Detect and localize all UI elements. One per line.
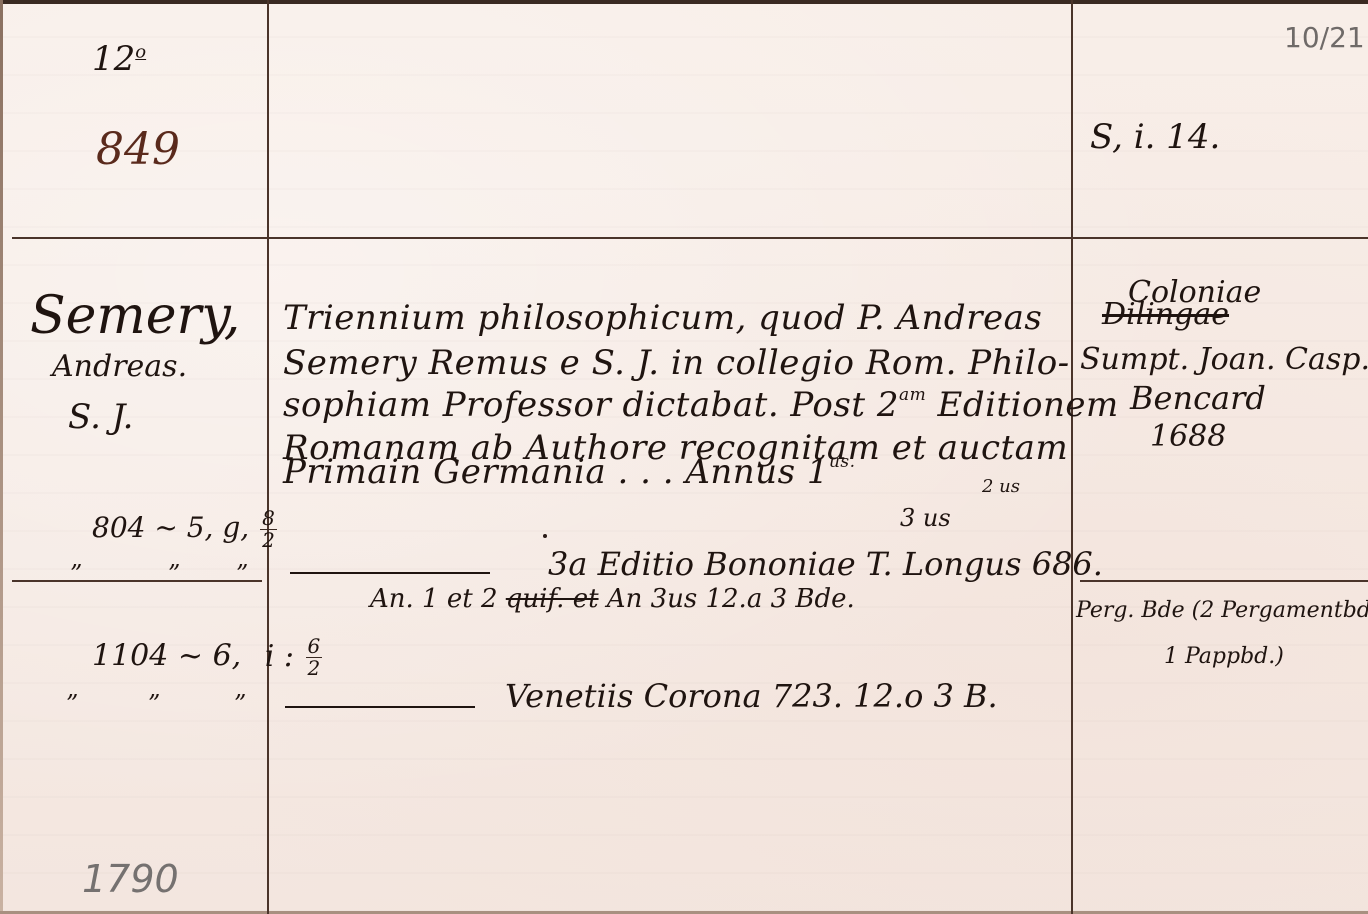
ditto-mark: ”	[70, 560, 82, 588]
edition-third-note: An. 1 et 2 quif. et An 3us 12.a 3 Bde.	[370, 586, 855, 612]
imprint-publisher-prefix: Sumpt. Joan. Casp.	[1080, 345, 1368, 375]
author-order: S. J.	[68, 400, 134, 434]
author-surname: Semery,	[30, 290, 240, 342]
volume-note-second: 2 us	[982, 478, 1020, 496]
ditto-mark: ”	[148, 690, 160, 718]
edition-third: 3a Editio Bononiae T. Longus 686.	[548, 548, 1103, 580]
copy-location: ~ 6,	[178, 639, 241, 674]
shelf-mark: S, i. 14.	[1090, 120, 1220, 154]
card-left-edge	[0, 0, 3, 914]
ditto-mark: ”	[234, 690, 246, 718]
ditto-mark: ”	[168, 560, 180, 588]
imprint-year: 1688	[1150, 422, 1226, 452]
ditto-mark: ”	[236, 560, 248, 588]
copy-number: 804	[92, 511, 145, 544]
ditto-mark: ”	[66, 690, 78, 718]
format-label: 12o	[92, 42, 146, 76]
author-forename: Andreas.	[52, 352, 187, 382]
row-divider-copies	[12, 580, 262, 582]
call-number: 849	[96, 128, 180, 172]
title-line: Primain Germania . . . Annus 1us.	[283, 452, 856, 492]
binding-note-continued: 1 Pappbd.)	[1164, 646, 1284, 668]
copy-fraction: 82	[260, 508, 277, 551]
binding-note: Perg. Bde (2 Pergamentbde	[1076, 600, 1368, 622]
edition-venice: Venetiis Corona 723. 12.o 3 B.	[505, 680, 998, 712]
copy-number: 1104	[92, 639, 168, 674]
card-top-edge	[0, 0, 1368, 4]
imprint-place-crossed: Dilingae	[1102, 300, 1229, 330]
imprint-publisher-name: Bencard	[1130, 382, 1266, 414]
title-line: Semery Remus e S. J. in collegio Rom. Ph…	[283, 343, 1070, 383]
column-divider-left	[267, 0, 269, 914]
copy-entry: 1104 ~ 6, i : 62	[92, 636, 322, 679]
copy-fraction: 62	[306, 636, 323, 679]
row-divider-imprint	[1080, 580, 1368, 582]
copy-location: ~ 5, g,	[154, 511, 249, 544]
accession-year-pencil: 1790	[82, 860, 179, 898]
copy-extra: i :	[265, 639, 294, 674]
copy-entry: 804 ~ 5, g, 82	[92, 508, 277, 551]
title-line: sophiam Professor dictabat. Post 2am Edi…	[283, 385, 1119, 425]
catalog-card: 12o 849 10/21 S, i. 14. Semery, Andreas.…	[0, 0, 1368, 914]
row-divider-header	[12, 237, 1368, 239]
column-divider-right	[1071, 0, 1073, 914]
title-line: Triennium philosophicum, quod P. Andreas	[283, 298, 1042, 338]
volume-note-third: 3 us	[900, 506, 951, 530]
folio-number: 10/21	[1284, 24, 1365, 52]
ink-dot	[543, 534, 547, 538]
edition-dash	[290, 572, 490, 574]
edition-dash	[285, 706, 475, 708]
